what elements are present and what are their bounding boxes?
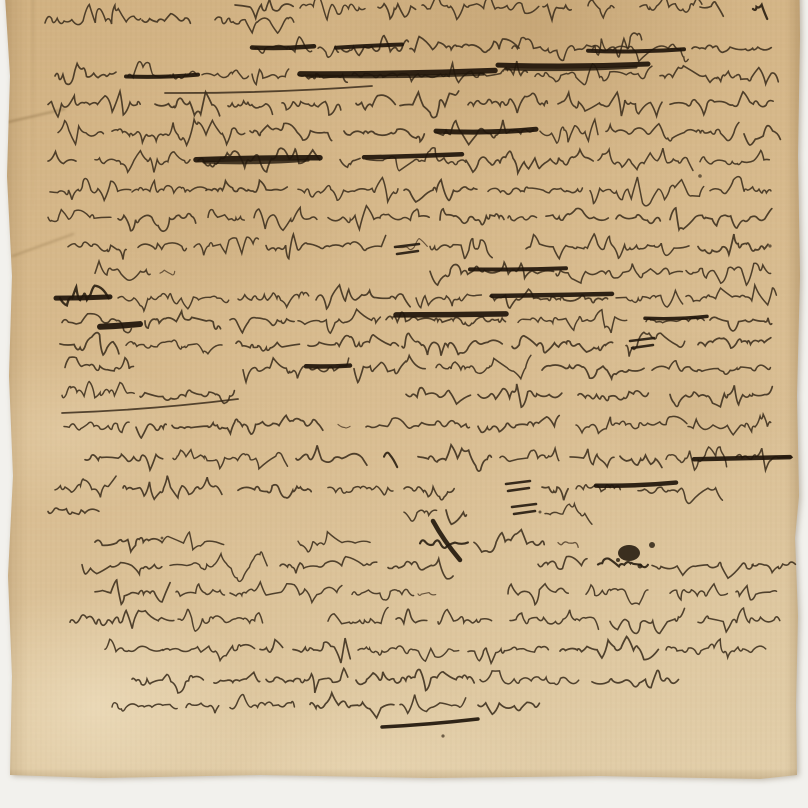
handwriting-word — [638, 487, 722, 503]
handwriting-word — [173, 450, 288, 469]
handwriting-word — [710, 177, 771, 194]
ink-speck — [698, 174, 702, 178]
handwriting-word — [95, 580, 170, 604]
handwriting-word — [478, 416, 559, 433]
handwriting-word — [518, 310, 627, 333]
handwriting-word — [214, 672, 260, 683]
handwriting-word — [490, 289, 608, 308]
strikethrough-mark — [645, 316, 707, 318]
handwriting-word — [230, 318, 294, 333]
handwriting-word — [155, 92, 220, 116]
handwriting-word — [172, 415, 323, 434]
handwriting-word — [440, 209, 504, 225]
handwriting-word — [328, 206, 429, 230]
handwriting-word — [652, 562, 753, 578]
handwriting-word — [692, 45, 771, 52]
handwriting-word — [55, 64, 116, 85]
handwriting-word — [123, 476, 222, 500]
handwriting-word — [542, 487, 568, 500]
handwriting-word — [474, 530, 544, 552]
handwriting-word — [238, 292, 309, 307]
handwriting-word — [700, 2, 723, 16]
handwriting-word — [228, 101, 273, 114]
handwriting-word — [538, 556, 587, 569]
handwriting-word — [418, 593, 436, 596]
handwriting-word — [670, 92, 773, 115]
handwriting-word — [356, 669, 474, 690]
handwriting-word — [126, 340, 222, 354]
handwriting-word — [688, 414, 771, 435]
ink-speck — [616, 558, 620, 562]
handwriting-word — [338, 424, 350, 428]
handwriting-word — [236, 341, 300, 351]
handwriting-word — [48, 508, 99, 514]
handwriting-word — [65, 357, 134, 371]
handwriting-word — [588, 0, 614, 18]
handwriting-word — [296, 445, 367, 465]
handwriting-word — [45, 5, 141, 25]
handwriting-word — [468, 647, 548, 664]
strikethrough-mark — [306, 366, 350, 367]
handwriting-word — [354, 356, 425, 383]
handwriting-word — [752, 562, 795, 572]
handwriting-word — [58, 121, 103, 145]
handwriting-word — [105, 639, 163, 651]
ink-speck — [649, 542, 655, 548]
handwriting-word — [176, 584, 225, 596]
underline-mark — [62, 399, 238, 413]
handwriting-word — [328, 608, 388, 624]
strikethrough-mark — [588, 49, 684, 51]
handwriting-word — [60, 333, 119, 355]
underline-mark — [165, 86, 372, 93]
handwriting-word — [410, 37, 519, 53]
handwriting-word — [466, 150, 593, 174]
handwriting-word — [590, 177, 704, 206]
handwriting-word — [478, 384, 562, 407]
handwriting-word — [558, 542, 578, 547]
handwriting-word — [298, 532, 370, 552]
handwriting-word — [132, 674, 203, 693]
handwriting-word — [206, 180, 287, 192]
handwriting-word — [698, 338, 771, 348]
handwriting-word — [243, 358, 303, 382]
handwriting-word — [586, 585, 648, 604]
handwriting-word — [282, 102, 341, 116]
handwriting-word — [48, 210, 111, 222]
handwriting-word — [526, 234, 689, 259]
ink-speck — [161, 537, 164, 540]
strikethrough-mark — [596, 483, 676, 486]
handwriting-word — [230, 695, 294, 709]
ink-blot — [618, 545, 640, 561]
handwriting-word — [384, 453, 397, 467]
handwriting-word — [698, 234, 768, 255]
handwriting-word — [163, 645, 255, 661]
handwriting-word — [145, 311, 221, 329]
handwriting-word — [70, 611, 174, 629]
handwriting-word — [512, 336, 613, 353]
strikethrough-mark — [56, 297, 110, 298]
double-dash-mark — [512, 504, 536, 507]
handwriting-word — [48, 91, 140, 117]
handwriting-word — [508, 216, 537, 221]
handwriting-word — [700, 150, 769, 164]
handwriting-word — [378, 4, 416, 19]
ink-speck — [539, 511, 542, 514]
handwriting-word — [316, 285, 410, 309]
strikethrough-mark — [694, 457, 790, 459]
handwriting-word — [252, 69, 289, 85]
handwriting-word — [235, 0, 293, 18]
handwriting-word — [698, 608, 780, 632]
strikethrough-mark — [396, 314, 506, 315]
handwriting-word — [620, 455, 662, 467]
handwriting-word — [710, 317, 772, 331]
handwriting-word — [298, 178, 398, 202]
handwriting-word — [118, 294, 229, 311]
handwriting-word — [356, 95, 395, 110]
handwriting-word — [670, 584, 727, 600]
handwriting-word — [280, 557, 377, 574]
handwriting-word — [570, 449, 614, 467]
handwriting-word — [418, 445, 491, 471]
handwriting-word — [48, 152, 76, 164]
handwriting-word — [546, 208, 608, 220]
handwriting-word — [64, 422, 129, 432]
handwriting-word — [328, 486, 393, 495]
handwriting-word — [576, 416, 687, 433]
handwriting-word — [488, 187, 582, 194]
manuscript-photo — [0, 0, 808, 808]
handwriting-word — [358, 646, 459, 661]
handwriting-word — [666, 639, 766, 657]
handwriting-word — [142, 14, 190, 24]
handwriting-word — [480, 671, 579, 685]
handwriting-word — [736, 68, 778, 84]
handwriting-word — [118, 214, 196, 232]
handwriting-word — [62, 382, 134, 398]
strikethrough-mark — [126, 75, 198, 77]
handwriting-word — [95, 261, 150, 280]
handwriting-word — [132, 181, 207, 193]
handwriting-word — [95, 538, 161, 552]
strikethrough-mark — [100, 324, 140, 327]
handwriting-word — [404, 487, 454, 500]
handwriting-word — [626, 332, 685, 356]
handwriting-word — [543, 5, 571, 21]
handwriting-word — [402, 333, 502, 355]
handwriting-word — [558, 92, 662, 116]
handwriting-word — [215, 17, 294, 33]
handwriting-word — [500, 449, 559, 462]
handwriting-word — [598, 148, 693, 170]
handwriting-word — [430, 239, 492, 259]
handwriting-word — [422, 0, 539, 19]
handwriting-word — [616, 215, 660, 224]
double-dash-mark — [506, 481, 530, 484]
strikethrough-mark — [470, 268, 566, 269]
handwriting-word — [753, 5, 767, 19]
handwriting-word — [82, 563, 162, 575]
handwriting-word — [404, 180, 477, 202]
handwriting-word — [230, 582, 342, 602]
handwriting-word — [293, 638, 350, 663]
handwriting-word — [686, 263, 771, 285]
handwriting-ink-layer — [0, 0, 808, 808]
handwriting-word — [202, 70, 249, 78]
handwriting-word — [160, 270, 175, 275]
handwriting-word — [194, 237, 258, 255]
handwriting-word — [352, 589, 414, 600]
handwriting-word — [298, 309, 380, 333]
handwriting-word — [542, 365, 644, 379]
handwriting-word — [606, 123, 739, 141]
handwriting-word — [112, 119, 245, 145]
handwriting-word — [744, 126, 780, 145]
handwriting-word — [308, 335, 398, 347]
handwriting-word — [736, 586, 777, 600]
handwriting-word — [162, 532, 224, 550]
strikethrough-mark — [436, 129, 536, 132]
ink-speck — [441, 734, 444, 737]
double-dash-mark — [514, 511, 535, 514]
handwriting-word — [400, 695, 466, 714]
handwriting-word — [670, 385, 772, 407]
handwriting-word — [260, 640, 283, 653]
handwriting-word — [366, 418, 469, 428]
handwriting-word — [438, 610, 492, 625]
handwriting-word — [112, 703, 177, 711]
handwriting-word — [55, 476, 116, 497]
handwriting-word — [686, 285, 776, 305]
handwriting-word — [430, 262, 554, 285]
handwriting-word — [670, 208, 772, 230]
handwriting-word — [545, 504, 592, 524]
handwriting-word — [186, 703, 219, 713]
handwriting-word — [610, 608, 685, 633]
handwriting-word — [510, 610, 599, 630]
handwriting-word — [50, 178, 131, 200]
double-dash-mark — [395, 244, 419, 247]
handwriting-word — [266, 668, 348, 693]
double-dash-mark — [630, 338, 654, 341]
handwriting-word — [540, 119, 598, 143]
double-dash-mark — [508, 488, 529, 491]
handwriting-word — [406, 388, 471, 404]
double-dash-mark — [632, 345, 653, 348]
handwriting-word — [266, 234, 386, 259]
handwriting-word — [95, 151, 190, 173]
handwriting-word — [556, 264, 682, 284]
handwriting-word — [250, 123, 332, 140]
handwriting-word — [446, 510, 466, 524]
handwriting-word — [436, 355, 531, 378]
handwriting-word — [136, 424, 166, 438]
handwriting-word — [254, 208, 317, 231]
handwriting-word — [344, 129, 424, 142]
handwriting-word — [68, 242, 126, 259]
handwriting-word — [388, 559, 453, 579]
handwriting-word — [208, 210, 244, 221]
ink-speck — [638, 564, 643, 569]
handwriting-word — [396, 609, 427, 623]
handwriting-word — [592, 670, 679, 687]
handwriting-word — [178, 609, 263, 631]
handwriting-word — [652, 361, 770, 374]
handwriting-word — [416, 294, 481, 307]
handwriting-word — [340, 158, 360, 167]
handwriting-word — [366, 148, 466, 171]
handwriting-word — [616, 291, 683, 308]
handwriting-word — [660, 66, 735, 83]
handwriting-word — [238, 485, 311, 498]
closing-rule — [382, 719, 478, 727]
handwriting-word — [468, 93, 547, 113]
handwriting-word — [478, 702, 539, 714]
handwriting-word — [640, 0, 702, 12]
handwriting-word — [300, 0, 365, 20]
handwriting-word — [578, 391, 648, 401]
strikethrough-mark — [498, 64, 648, 66]
double-dash-mark — [397, 251, 418, 254]
strikethrough-mark — [336, 44, 402, 47]
handwriting-word — [310, 693, 394, 718]
strikethrough-mark — [492, 294, 612, 296]
handwriting-word — [138, 243, 186, 251]
ink-speck — [768, 244, 771, 247]
handwriting-word — [560, 637, 658, 660]
handwriting-word — [85, 454, 163, 470]
handwriting-word — [400, 91, 459, 118]
handwriting-word — [508, 584, 568, 605]
strikethrough-mark — [252, 46, 314, 48]
strikethrough-mark — [364, 154, 462, 157]
handwriting-word — [170, 552, 267, 582]
